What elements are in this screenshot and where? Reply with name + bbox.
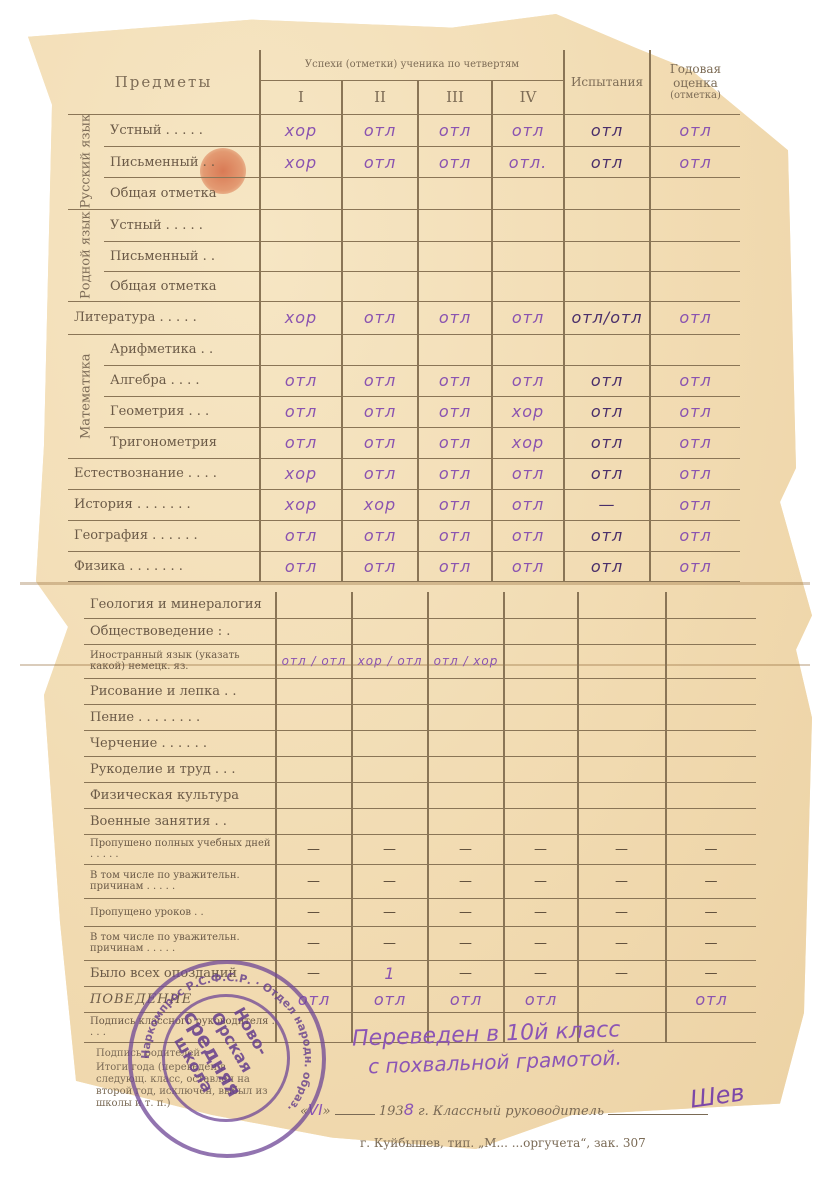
subject-label: Литература . . . . . xyxy=(68,301,260,334)
grade-cell xyxy=(428,730,504,756)
grade-cell: отл xyxy=(492,458,564,489)
grade-cell: — xyxy=(428,898,504,926)
grade-cell: отл xyxy=(564,551,650,581)
grade-cell: отл xyxy=(428,986,504,1012)
grade-cell xyxy=(428,808,504,834)
grade-cell xyxy=(666,704,756,730)
grade-cell: отл xyxy=(650,301,740,334)
grade-cell: — xyxy=(666,864,756,898)
grade-cell xyxy=(492,334,564,365)
grade-cell xyxy=(578,592,666,618)
grade-cell xyxy=(578,644,666,678)
subject-label: В том числе по уважительн. причинам . . … xyxy=(84,926,276,960)
grade-cell: отл xyxy=(504,986,578,1012)
grade-cell xyxy=(666,644,756,678)
grade-cell xyxy=(650,241,740,271)
annual-header-note: (отметка) xyxy=(651,90,740,101)
subject-label: Устный . . . . . xyxy=(104,114,260,146)
grade-cell xyxy=(492,271,564,301)
date-year-digit: 8 xyxy=(404,1100,414,1119)
grade-cell xyxy=(650,271,740,301)
grade-cell: — xyxy=(666,960,756,986)
quarter-2-header: II xyxy=(342,80,418,114)
grade-cell: отл / отл xyxy=(276,644,352,678)
grade-cell xyxy=(276,756,352,782)
grade-cell xyxy=(650,334,740,365)
grade-cell xyxy=(492,241,564,271)
school-stamp: Ново-Орская средняя школа Наркомпрос Р.С… xyxy=(128,960,326,1158)
teacher-label: Классный руководитель xyxy=(433,1104,604,1119)
date-line: «VI» 1938 г. Классный руководитель xyxy=(300,1100,708,1119)
quarter-1-header: I xyxy=(260,80,342,114)
grade-cell: отл xyxy=(650,396,740,427)
grade-cell xyxy=(578,756,666,782)
grade-cell xyxy=(276,704,352,730)
grade-cell: отл xyxy=(418,427,492,458)
subject-group-native: Родной язык xyxy=(68,209,104,301)
grade-cell xyxy=(578,986,666,1012)
grade-cell: хор xyxy=(260,146,342,177)
grade-cell xyxy=(352,592,428,618)
table-row: Тригонометрияотлотлотлхоротлотл xyxy=(68,427,740,458)
grade-cell xyxy=(428,592,504,618)
grade-cell: отл xyxy=(564,520,650,551)
grade-cell xyxy=(666,730,756,756)
grade-cell: — xyxy=(276,834,352,864)
grade-cell xyxy=(504,756,578,782)
grade-cell: — xyxy=(276,926,352,960)
table-row: Литература . . . . .хоротлотлотлотл/отло… xyxy=(68,301,740,334)
subject-label: Тригонометрия xyxy=(104,427,260,458)
grade-cell xyxy=(342,178,418,209)
subject-label: Естествознание . . . . xyxy=(68,458,260,489)
grade-cell: отл xyxy=(650,551,740,581)
grade-cell xyxy=(504,808,578,834)
quarter-4-header: IV xyxy=(492,80,564,114)
grade-cell xyxy=(666,1012,756,1042)
grade-cell xyxy=(504,678,578,704)
stamp-ring-text: Наркомпрос Р.С.Ф.С.Р. · Отдел народн. об… xyxy=(132,964,322,1154)
grade-cell: — xyxy=(428,926,504,960)
grade-cell: отл xyxy=(564,365,650,396)
grade-cell: хор xyxy=(260,489,342,520)
teacher-signature: Шев xyxy=(688,1078,746,1113)
grade-cell: отл xyxy=(650,146,740,177)
table-row: МатематикаАрифметика . . xyxy=(68,334,740,365)
table-row: Геология и минералогия xyxy=(84,592,756,618)
grade-cell xyxy=(578,808,666,834)
grade-cell xyxy=(504,592,578,618)
grade-cell xyxy=(564,209,650,241)
svg-text:Наркомпрос Р.С.Ф.С.Р. · Отдел: Наркомпрос Р.С.Ф.С.Р. · Отдел народн. об… xyxy=(139,971,315,1115)
table-row: Черчение . . . . . . xyxy=(84,730,756,756)
grade-cell xyxy=(578,704,666,730)
grade-cell: хор xyxy=(492,396,564,427)
grade-cell: — xyxy=(504,834,578,864)
grade-cell: отл xyxy=(342,551,418,581)
grade-cell xyxy=(564,178,650,209)
grade-cell: отл xyxy=(492,365,564,396)
subject-label: Военные занятия . . xyxy=(84,808,276,834)
grade-cell xyxy=(578,618,666,644)
grade-cell xyxy=(564,334,650,365)
grade-cell: хор xyxy=(342,489,418,520)
grade-cell xyxy=(666,678,756,704)
subject-label: Алгебра . . . . xyxy=(104,365,260,396)
subject-label: География . . . . . . xyxy=(68,520,260,551)
table-row: Иностранный язык (указать какой) немецк.… xyxy=(84,644,756,678)
grade-cell xyxy=(504,644,578,678)
grade-cell: хор xyxy=(260,301,342,334)
grade-cell: отл xyxy=(260,396,342,427)
grade-cell: отл xyxy=(492,301,564,334)
grade-cell: отл xyxy=(650,365,740,396)
grade-cell: — xyxy=(428,864,504,898)
subject-label: Пропушено полных учебных дней . . . . . xyxy=(84,834,276,864)
grade-cell: отл xyxy=(418,146,492,177)
grade-cell: отл xyxy=(564,146,650,177)
grade-cell: отл xyxy=(342,427,418,458)
annual-header: Годовая оценка (отметка) xyxy=(650,50,740,114)
grade-cell xyxy=(352,756,428,782)
grade-cell xyxy=(650,178,740,209)
subject-label: Геометрия . . . xyxy=(104,396,260,427)
grade-cell: — xyxy=(504,960,578,986)
grade-cell: — xyxy=(578,834,666,864)
grade-cell: отл xyxy=(342,146,418,177)
grade-cell xyxy=(260,241,342,271)
quarters-header: Успехи (отметки) ученика по четвертям xyxy=(260,50,564,80)
grade-cell xyxy=(504,730,578,756)
subjects-header: Предметы xyxy=(68,50,260,114)
table-row: Рукоделие и труд . . . xyxy=(84,756,756,782)
grade-cell: отл xyxy=(492,114,564,146)
subject-label: Геология и минералогия xyxy=(84,592,276,618)
grade-cell: отл xyxy=(342,301,418,334)
grade-cell xyxy=(276,678,352,704)
grade-cell: отл xyxy=(564,458,650,489)
grade-cell: отл xyxy=(418,114,492,146)
grade-cell: отл xyxy=(492,551,564,581)
grade-cell: отл xyxy=(492,489,564,520)
grade-cell xyxy=(666,782,756,808)
grade-cell: — xyxy=(504,864,578,898)
grade-cell: отл xyxy=(492,520,564,551)
grade-cell: — xyxy=(276,898,352,926)
grade-cell xyxy=(276,730,352,756)
grade-cell: отл xyxy=(418,489,492,520)
grade-cell xyxy=(428,756,504,782)
grade-cell: хор xyxy=(260,114,342,146)
grade-cell xyxy=(260,334,342,365)
grade-cell xyxy=(418,241,492,271)
grade-cell: 1 xyxy=(352,960,428,986)
subject-group-russian: Русский язык xyxy=(68,114,104,209)
subject-label: История . . . . . . . xyxy=(68,489,260,520)
grade-cell xyxy=(352,704,428,730)
table-row: Военные занятия . . xyxy=(84,808,756,834)
subject-label: Письменный . . xyxy=(104,146,260,177)
grade-cell: — xyxy=(352,834,428,864)
grade-cell: отл xyxy=(650,114,740,146)
grade-cell: отл xyxy=(564,396,650,427)
grade-cell xyxy=(260,271,342,301)
grade-cell: отл xyxy=(418,365,492,396)
grade-cell xyxy=(428,782,504,808)
table-row: Физика . . . . . . .отлотлотлотлотлотл xyxy=(68,551,740,581)
grade-cell xyxy=(428,678,504,704)
grade-cell: отл xyxy=(260,520,342,551)
subject-label: Арифметика . . xyxy=(104,334,260,365)
grade-cell xyxy=(492,178,564,209)
grade-cell: — xyxy=(428,834,504,864)
table-row: Рисование и лепка . . xyxy=(84,678,756,704)
grade-cell: отл xyxy=(650,427,740,458)
grade-cell xyxy=(352,618,428,644)
grade-cell: — xyxy=(578,864,666,898)
subject-label: Общая отметка xyxy=(104,271,260,301)
table-row: Письменный . . xyxy=(68,241,740,271)
grade-cell: отл xyxy=(650,489,740,520)
grade-cell xyxy=(666,756,756,782)
grade-cell xyxy=(276,808,352,834)
grade-cell: отл xyxy=(666,986,756,1012)
grade-cell: отл xyxy=(418,301,492,334)
grade-cell: отл/отл xyxy=(564,301,650,334)
table-row: Пропущено уроков . .—————— xyxy=(84,898,756,926)
grade-cell xyxy=(418,334,492,365)
grade-cell xyxy=(352,730,428,756)
date-year-prefix: 193 xyxy=(379,1104,404,1119)
grade-cell: хор / отл xyxy=(352,644,428,678)
grade-cell: — xyxy=(352,926,428,960)
table-row: Русский языкУстный . . . . .хоротлотлотл… xyxy=(68,114,740,146)
table-row: Общая отметка xyxy=(68,178,740,209)
grade-cell: хор xyxy=(260,458,342,489)
grade-cell: отл xyxy=(418,551,492,581)
annual-header-label: Годовая оценка xyxy=(651,62,740,90)
grade-cell xyxy=(504,618,578,644)
table-row: В том числе по уважительн. причинам . . … xyxy=(84,864,756,898)
grade-cell xyxy=(260,209,342,241)
grade-cell: — xyxy=(578,926,666,960)
printer-line: г. Куйбышев, тип. „М... ...оргучета“, за… xyxy=(360,1136,646,1150)
grade-cell xyxy=(578,782,666,808)
grade-cell xyxy=(418,209,492,241)
fold-crease xyxy=(20,582,810,585)
grade-cell: — xyxy=(352,898,428,926)
table-row: Геометрия . . .отлотлотлхоротлотл xyxy=(68,396,740,427)
subject-label: Пение . . . . . . . . xyxy=(84,704,276,730)
grade-cell xyxy=(418,271,492,301)
grade-cell: отл xyxy=(260,427,342,458)
grade-cell: отл / хор xyxy=(428,644,504,678)
grade-cell: — xyxy=(504,926,578,960)
grade-cell xyxy=(276,782,352,808)
grade-cell xyxy=(578,730,666,756)
grade-cell xyxy=(578,678,666,704)
grade-cell: отл xyxy=(342,365,418,396)
table-row: Физическая культура xyxy=(84,782,756,808)
subject-label: Физика . . . . . . . xyxy=(68,551,260,581)
grade-cell: отл xyxy=(564,427,650,458)
grade-cell: отл xyxy=(342,458,418,489)
grade-cell xyxy=(418,178,492,209)
subject-label: Общая отметка xyxy=(104,178,260,209)
grade-cell: — xyxy=(578,898,666,926)
grade-cell: отл xyxy=(342,396,418,427)
grade-cell xyxy=(352,808,428,834)
table-row: Общая отметка xyxy=(68,271,740,301)
grade-cell xyxy=(666,808,756,834)
quarter-3-header: III xyxy=(418,80,492,114)
grade-cell xyxy=(504,704,578,730)
grade-cell: отл xyxy=(260,551,342,581)
subject-label: Рисование и лепка . . xyxy=(84,678,276,704)
table-row: Письменный . .хоротлотлотл.отлотл xyxy=(68,146,740,177)
grade-cell xyxy=(342,209,418,241)
grade-cell xyxy=(276,618,352,644)
grade-cell: отл xyxy=(418,396,492,427)
subject-label: Иностранный язык (указать какой) немецк.… xyxy=(84,644,276,678)
date-suffix: г. xyxy=(418,1104,429,1119)
subject-label: Физическая культура xyxy=(84,782,276,808)
grade-cell: хор xyxy=(492,427,564,458)
grade-cell xyxy=(492,209,564,241)
grade-cell: — xyxy=(352,864,428,898)
grade-cell xyxy=(666,592,756,618)
subject-label: В том числе по уважительн. причинам . . … xyxy=(84,864,276,898)
grade-cell: — xyxy=(666,834,756,864)
table-row: Естествознание . . . .хоротлотлотлотлотл xyxy=(68,458,740,489)
subject-label: Письменный . . xyxy=(104,241,260,271)
grade-cell xyxy=(428,704,504,730)
grade-cell: — xyxy=(276,864,352,898)
grade-cell xyxy=(260,178,342,209)
grade-cell: отл. xyxy=(492,146,564,177)
subject-label: Пропущено уроков . . xyxy=(84,898,276,926)
table-row: Алгебра . . . .отлотлотлотлотлотл xyxy=(68,365,740,396)
grade-cell: — xyxy=(666,926,756,960)
subject-label: Черчение . . . . . . xyxy=(84,730,276,756)
grade-cell xyxy=(276,592,352,618)
table-row: История . . . . . . .хорхоротлотл—отл xyxy=(68,489,740,520)
grade-cell xyxy=(504,782,578,808)
grade-cell: — xyxy=(428,960,504,986)
table-row: Пение . . . . . . . . xyxy=(84,704,756,730)
grade-cell xyxy=(428,618,504,644)
subject-label: Рукоделие и труд . . . xyxy=(84,756,276,782)
grade-cell: отл xyxy=(342,114,418,146)
grade-cell: отл xyxy=(650,520,740,551)
grade-cell: — xyxy=(564,489,650,520)
grade-cell: — xyxy=(578,960,666,986)
table-row: География . . . . . .отлотлотлотлотлотл xyxy=(68,520,740,551)
grade-cell xyxy=(342,241,418,271)
table-row: В том числе по уважительн. причинам . . … xyxy=(84,926,756,960)
grade-cell xyxy=(666,618,756,644)
grade-cell xyxy=(564,241,650,271)
grade-cell: отл xyxy=(418,458,492,489)
grade-cell xyxy=(352,678,428,704)
grades-table-upper: Предметы Успехи (отметки) ученика по чет… xyxy=(68,50,740,582)
exams-header: Испытания xyxy=(564,50,650,114)
grade-cell: отл xyxy=(650,458,740,489)
subject-label: Обществоведение : . xyxy=(84,618,276,644)
subject-group-math: Математика xyxy=(68,334,104,458)
subject-label: Устный . . . . . xyxy=(104,209,260,241)
grade-cell: отл xyxy=(564,114,650,146)
table-row: Обществоведение : . xyxy=(84,618,756,644)
table-row: Пропушено полных учебных дней . . . . .—… xyxy=(84,834,756,864)
grade-cell: отл xyxy=(352,986,428,1012)
grade-cell: отл xyxy=(260,365,342,396)
grade-cell xyxy=(342,334,418,365)
grade-cell xyxy=(564,271,650,301)
grade-cell: отл xyxy=(342,520,418,551)
grade-cell xyxy=(342,271,418,301)
table-row: Родной языкУстный . . . . . xyxy=(68,209,740,241)
grade-cell xyxy=(650,209,740,241)
grade-cell xyxy=(352,782,428,808)
grade-cell: — xyxy=(666,898,756,926)
grade-cell: — xyxy=(504,898,578,926)
grade-cell: отл xyxy=(418,520,492,551)
